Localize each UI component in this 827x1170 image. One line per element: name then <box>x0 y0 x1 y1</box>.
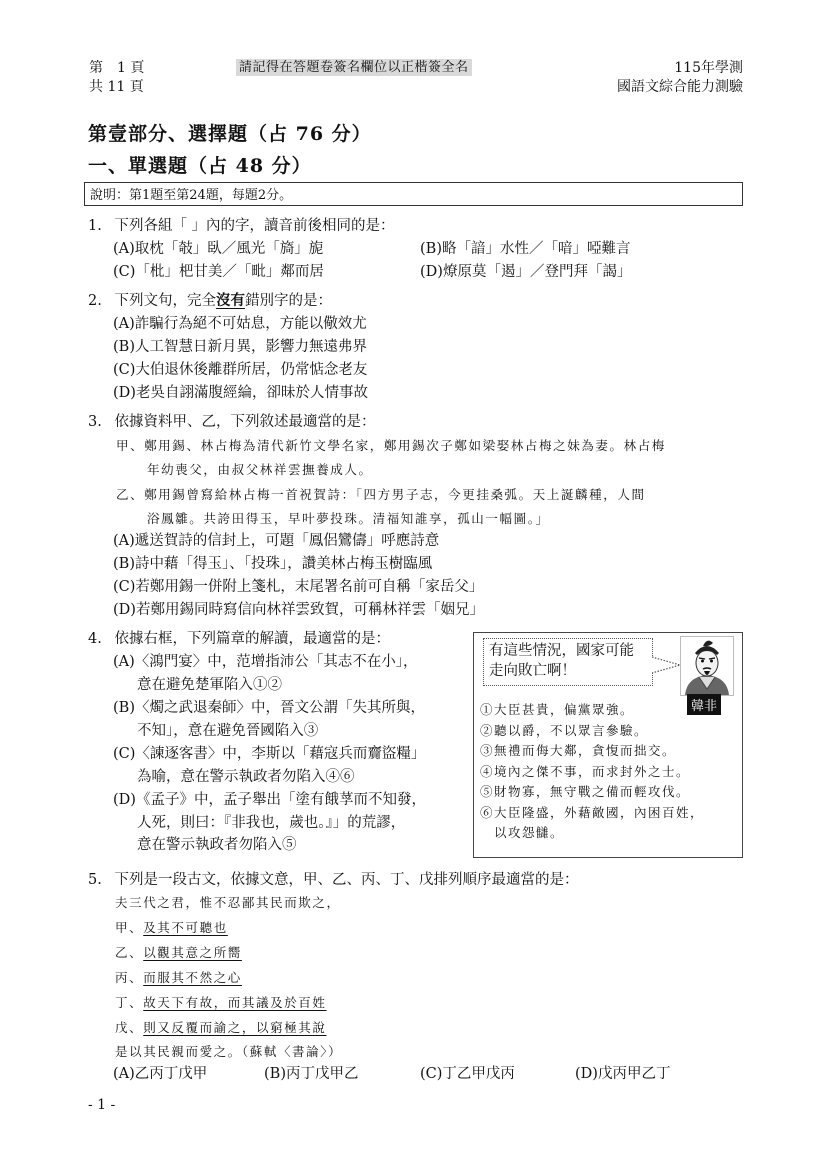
segment-ding: 丁、故天下有故，而其議及於百姓 <box>115 990 327 1015</box>
option-label: (D) <box>575 1066 598 1082</box>
han-fei-item: ⑤財物寡，無守戰之備而輕攻伐。 <box>480 782 704 803</box>
option-label: (B) <box>113 700 135 716</box>
option-1a[interactable]: (A)取枕「攲」臥／風光「旖」旎 <box>113 238 323 261</box>
option-label: (A) <box>113 1066 135 1082</box>
option-text: 〈燭之武退秦師〉中，晉文公謂「失其所與， <box>135 700 425 716</box>
option-3b[interactable]: (B)詩中藉「得玉」、「投珠」，讚美林占梅玉樹臨風 <box>113 553 432 576</box>
speech-line: 有這些情況，國家可能 <box>489 641 647 661</box>
option-label: (B) <box>264 1066 286 1082</box>
option-5a[interactable]: (A)乙丙丁戊甲 <box>113 1063 207 1086</box>
option-text: 老吳自詡滿腹經綸，卻昧於人情事故 <box>136 385 368 401</box>
passage-closing: 是以其民親而愛之。（蘇軾〈書論〉） <box>115 1039 342 1064</box>
speech-line: 走向敗亡啊！ <box>489 661 647 681</box>
speech-bubble: 有這些情況，國家可能 走向敗亡啊！ <box>483 638 653 686</box>
question-number: 5. <box>88 872 102 888</box>
option-label: (C) <box>113 362 135 378</box>
segment-tag: 甲、 <box>115 920 143 935</box>
option-3a[interactable]: (A)遞送賀詩的信封上，可題「鳳侶鸞儔」呼應詩意 <box>113 530 439 553</box>
option-text: 取枕「攲」臥／風光「旖」旎 <box>135 241 324 257</box>
option-label: (A) <box>113 316 135 332</box>
option-text: 若鄭用錫一併附上箋札，末尾署名前可自稱「家岳父」 <box>135 579 483 595</box>
option-label: (B) <box>420 241 442 257</box>
option-text-cont: 意在警示執政者勿陷入⑤ <box>113 837 297 853</box>
segment-jia: 甲、及其不可聽也 <box>115 915 228 940</box>
question-number: 2. <box>88 293 102 309</box>
option-text: 略「諳」水性／「喑」啞難言 <box>442 241 631 257</box>
option-label: (D) <box>113 385 136 401</box>
option-5d[interactable]: (D)戊丙甲乙丁 <box>575 1063 670 1086</box>
question-number: 1. <box>88 218 102 234</box>
option-text-cont: 為喻，意在警示執政者勿陷入④⑥ <box>113 769 355 785</box>
option-label: (D) <box>420 264 443 280</box>
option-label: (A) <box>113 533 135 549</box>
option-2b[interactable]: (B)人工智慧日新月異，影響力無遠弗界 <box>113 336 367 359</box>
option-4b[interactable]: (B)〈燭之武退秦師〉中，晉文公謂「失其所與， 不知」，意在避免晉國陷入③ <box>113 697 425 742</box>
question-stem-pre: 下列文句，完全 <box>114 293 216 309</box>
option-1b[interactable]: (B)略「諳」水性／「喑」啞難言 <box>420 238 630 261</box>
option-text-cont: 不知」，意在避免晉國陷入③ <box>113 723 318 739</box>
option-text: 人工智慧日新月異，影響力無遠弗界 <box>135 339 367 355</box>
option-text: 丙丁戊甲乙 <box>286 1066 359 1082</box>
material-yi-line1: 乙、鄭用錫曾寫給林占梅一首祝賀詩：「四方男子志，今更挂桑弧。天上誕麟種，人間 <box>116 482 646 507</box>
question-2: 2. 下列文句，完全沒有錯別字的是： <box>88 290 332 313</box>
part-title: 第壹部分、選擇題（占 76 分） <box>88 119 372 146</box>
exam-name: 115年學測 <box>674 60 743 77</box>
option-label: (D) <box>113 792 136 808</box>
option-5b[interactable]: (B)丙丁戊甲乙 <box>264 1063 358 1086</box>
option-label: (B) <box>113 339 135 355</box>
option-label: (B) <box>113 556 135 572</box>
option-3c[interactable]: (C)若鄭用錫一併附上箋札，末尾署名前可自稱「家岳父」 <box>113 576 483 599</box>
question-stem: 下列是一段古文，依據文意，甲、乙、丙、丁、戊排列順序最適當的是： <box>114 872 578 888</box>
option-2d[interactable]: (D)老吳自詡滿腹經綸，卻昧於人情事故 <box>113 382 368 405</box>
question-stem-post: 錯別字的是： <box>245 293 332 309</box>
question-3: 3. 依據資料甲、乙，下列敘述最適當的是： <box>88 411 375 434</box>
page-number-label: 第 1 頁 <box>89 60 144 77</box>
segment-text: 以觀其意之所嚮 <box>143 945 242 960</box>
han-fei-item: 以攻怨讎。 <box>480 823 704 844</box>
segment-text: 則又反覆而諭之，以窮極其說 <box>143 1020 326 1035</box>
question-stem: 依據資料甲、乙，下列敘述最適當的是： <box>114 414 375 430</box>
segment-wu: 戊、則又反覆而諭之，以窮極其說 <box>115 1015 327 1040</box>
page-footer-number: - 1 - <box>88 1097 115 1114</box>
option-text: 戊丙甲乙丁 <box>598 1066 671 1082</box>
han-fei-item: ②聽以爵，不以眾言參驗。 <box>480 721 704 742</box>
option-4a[interactable]: (A)〈鴻門宴〉中，范增指沛公「其志不在小」， 意在避免楚軍陷入①② <box>113 651 418 696</box>
material-jia-line1: 甲、鄭用錫、林占梅為清代新竹文學名家，鄭用錫次子鄭如梁娶林占梅之妹為妻。林占梅 <box>116 433 666 458</box>
option-label: (A) <box>113 654 135 670</box>
option-4c[interactable]: (C)〈諫逐客書〉中，李斯以「藉寇兵而齎盜糧」 為喻，意在警示執政者勿陷入④⑥ <box>113 743 425 788</box>
han-fei-item: ①大臣甚貴，偏黨眾強。 <box>480 700 704 721</box>
option-2a[interactable]: (A)詐騙行為絕不可姑息，方能以儆效尤 <box>113 313 367 336</box>
option-text: 詐騙行為絕不可姑息，方能以儆效尤 <box>135 316 367 332</box>
han-fei-item: ③無禮而侮大鄰，貪愎而拙交。 <box>480 741 704 762</box>
scholar-portrait-icon <box>681 637 733 695</box>
option-text: 詩中藉「得玉」、「投珠」，讚美林占梅玉樹臨風 <box>135 556 432 572</box>
question-stem: 依據右框，下列篇章的解讀，最適當的是： <box>114 631 390 647</box>
section-title: 一、單選題（占 48 分） <box>88 151 312 178</box>
total-pages-label: 共 11 頁 <box>89 79 144 96</box>
option-label: (C) <box>113 579 135 595</box>
han-fei-items-list: ①大臣甚貴，偏黨眾強。 ②聽以爵，不以眾言參驗。 ③無禮而侮大鄰，貪愎而拙交。 … <box>480 700 704 844</box>
segment-tag: 戊、 <box>115 1020 143 1035</box>
option-text-cont: 人死，則曰：『非我也，歲也。』」的荒謬， <box>113 815 405 831</box>
option-text: 《孟子》中，孟子舉出「塗有餓莩而不知發， <box>136 792 426 808</box>
option-text: 乙丙丁戊甲 <box>135 1066 208 1082</box>
han-fei-item: ⑥大臣隆盛，外藉敵國，內困百姓， <box>480 803 704 824</box>
segment-text: 及其不可聽也 <box>143 920 228 935</box>
segment-tag: 乙、 <box>115 945 143 960</box>
option-1c[interactable]: (C)「枇」杷甘美／「毗」鄰而居 <box>113 261 324 284</box>
segment-bing: 丙、而服其不然之心 <box>115 965 242 990</box>
question-1: 1. 下列各組「 」內的字，讀音前後相同的是： <box>88 215 395 238</box>
option-text: 遞送賀詩的信封上，可題「鳳侶鸞儔」呼應詩意 <box>135 533 440 549</box>
option-label: (A) <box>113 241 135 257</box>
han-fei-item: ④境內之傑不事，而求封外之士。 <box>480 762 704 783</box>
question-stem-emphasis: 沒有 <box>216 292 245 309</box>
subject-name: 國語文綜合能力測驗 <box>617 79 743 96</box>
option-label: (C) <box>420 1066 442 1082</box>
segment-tag: 丁、 <box>115 995 143 1010</box>
option-text: 〈鴻門宴〉中，范增指沛公「其志不在小」， <box>135 654 418 670</box>
option-text: 丁乙甲戊丙 <box>442 1066 515 1082</box>
option-1d[interactable]: (D)燎原莫「遏」／登門拜「謁」 <box>420 261 631 284</box>
option-3d[interactable]: (D)若鄭用錫同時寫信向林祥雲致賀，可稱林祥雲「姻兄」 <box>113 599 484 622</box>
option-label: (D) <box>113 602 136 618</box>
option-text: 大伯退休後離群所居，仍常惦念老友 <box>135 362 367 378</box>
option-text: 燎原莫「遏」／登門拜「謁」 <box>443 264 632 280</box>
question-4: 4. 依據右框，下列篇章的解讀，最適當的是： <box>88 628 390 651</box>
option-text: 〈諫逐客書〉中，李斯以「藉寇兵而齎盜糧」 <box>135 746 425 762</box>
han-fei-reference-box: 有這些情況，國家可能 走向敗亡啊！ 韓非 ①大臣甚貴，偏黨眾強。 ②聽以爵，不以… <box>473 632 743 858</box>
signature-notice: 請記得在答題卷簽名欄位以正楷簽全名 <box>236 59 472 76</box>
question-5: 5. 下列是一段古文，依據文意，甲、乙、丙、丁、戊排列順序最適當的是： <box>88 869 578 892</box>
option-label: (C) <box>113 746 135 762</box>
segment-tag: 丙、 <box>115 970 143 985</box>
option-text-cont: 意在避免楚軍陷入①② <box>113 677 282 693</box>
option-text: 「枇」杷甘美／「毗」鄰而居 <box>135 264 324 280</box>
instructions-box: 說明：第1題至第24題，每題2分。 <box>84 182 743 206</box>
option-2c[interactable]: (C)大伯退休後離群所居，仍常惦念老友 <box>113 359 367 382</box>
segment-text: 而服其不然之心 <box>143 970 242 985</box>
segment-yi: 乙、以觀其意之所嚮 <box>115 940 242 965</box>
segment-text: 故天下有故，而其議及於百姓 <box>143 995 326 1010</box>
han-fei-portrait <box>680 636 734 696</box>
question-stem: 下列各組「 」內的字，讀音前後相同的是： <box>114 218 394 234</box>
speech-bubble-tail-icon <box>652 651 682 677</box>
question-number: 4. <box>88 631 102 647</box>
option-5c[interactable]: (C)丁乙甲戊丙 <box>420 1063 515 1086</box>
option-text: 若鄭用錫同時寫信向林祥雲致賀，可稱林祥雲「姻兄」 <box>136 602 484 618</box>
option-4d[interactable]: (D)《孟子》中，孟子舉出「塗有餓莩而不知發， 人死，則曰：『非我也，歲也。』」… <box>113 789 426 857</box>
question-number: 3. <box>88 414 102 430</box>
passage-opening: 夫三代之君，惟不忍鄙其民而欺之， <box>115 890 341 915</box>
material-jia-line2: 年幼喪父，由叔父林祥雲撫養成人。 <box>147 457 373 482</box>
material-yi-line2: 浴鳳雛。共誇田得玉，早叶夢投珠。清福知誰享，孤山一幅圖。」 <box>147 506 550 531</box>
option-label: (C) <box>113 264 135 280</box>
